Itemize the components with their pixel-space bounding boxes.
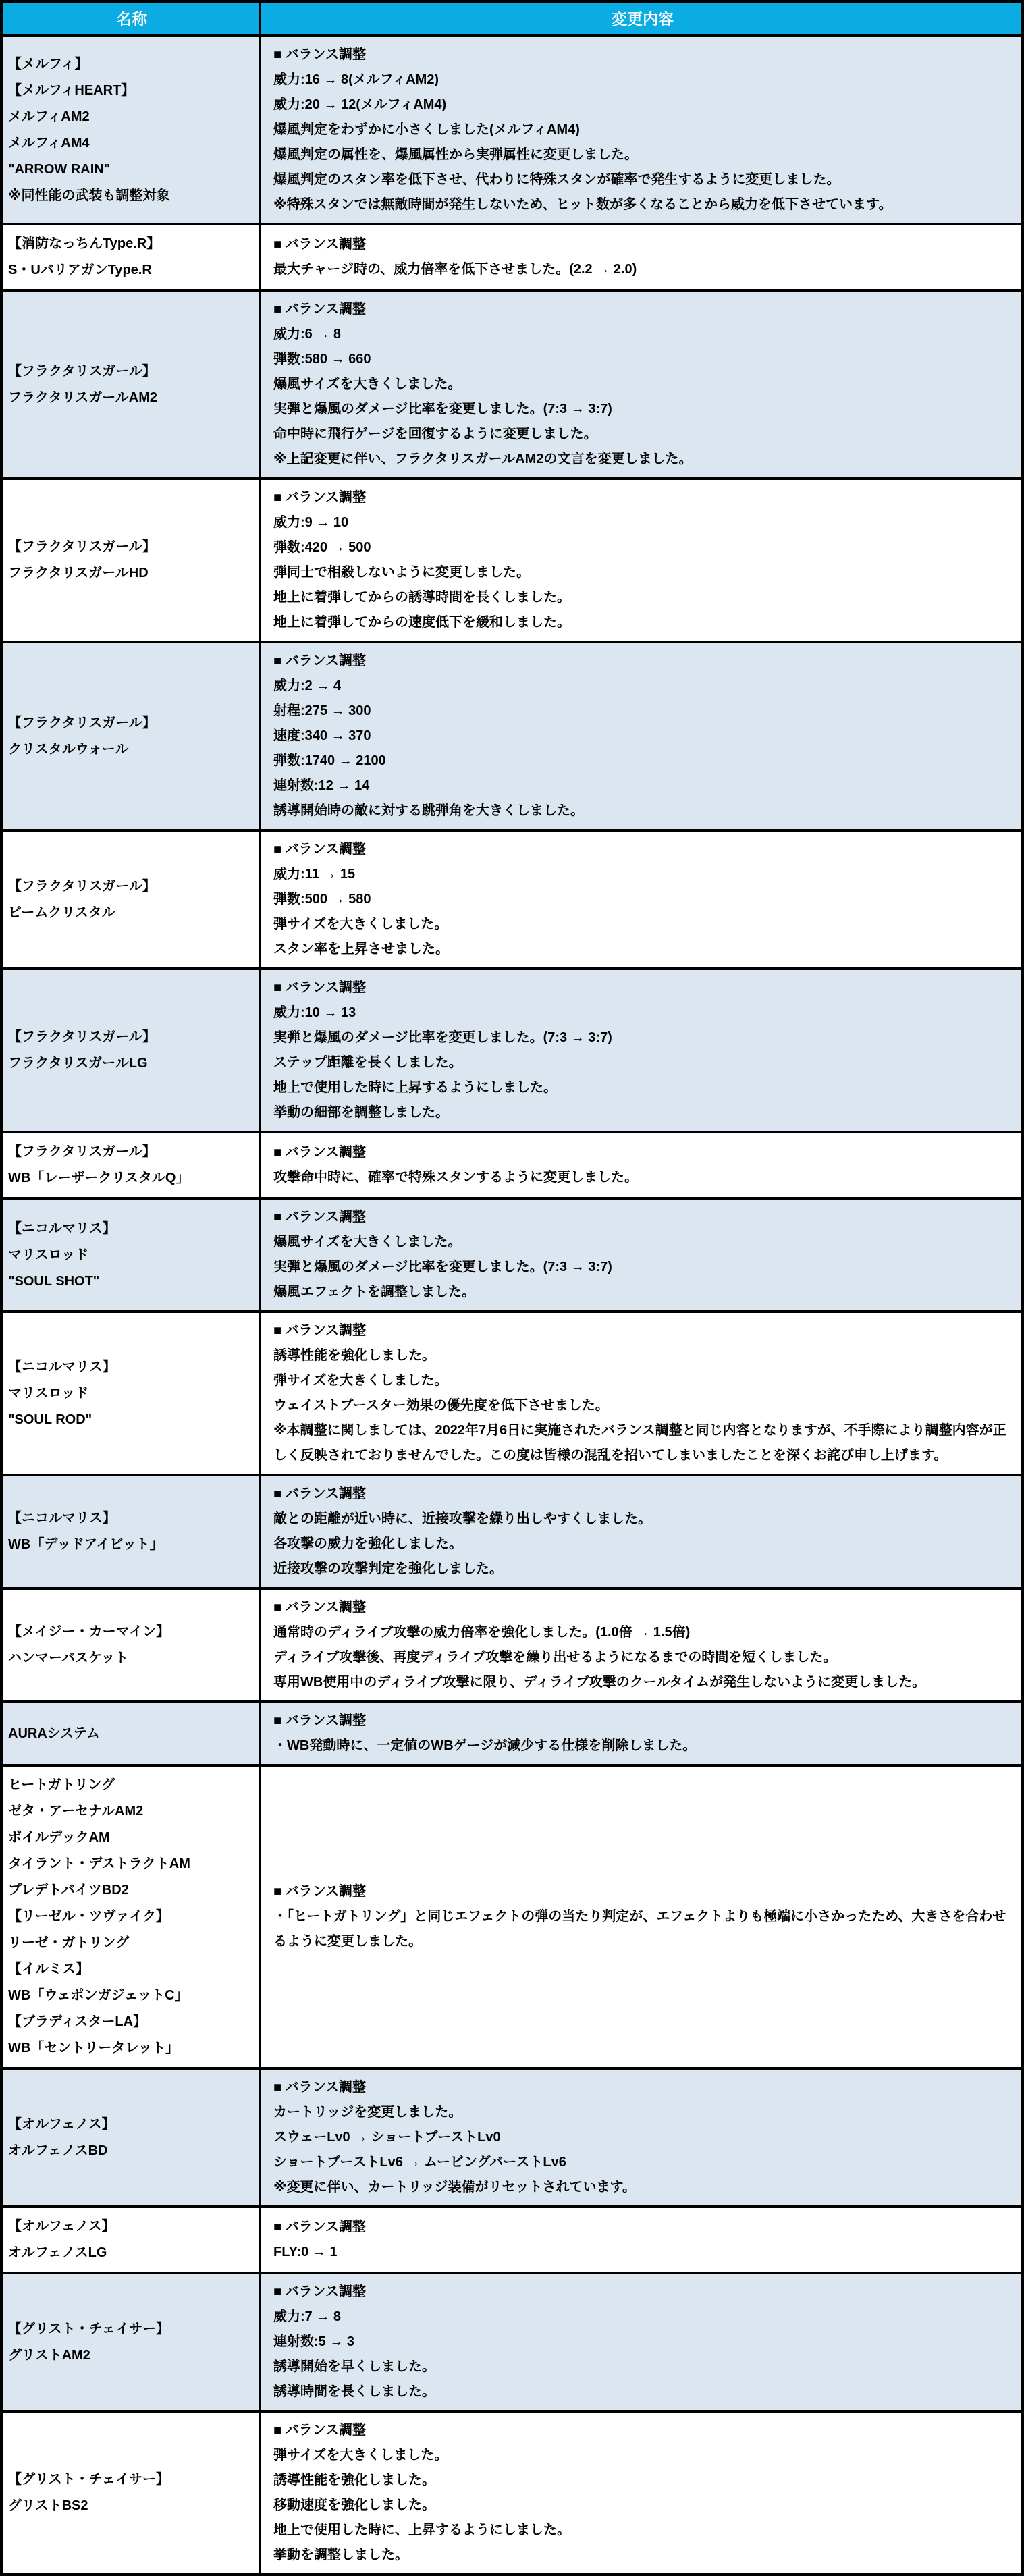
table-row: 【フラクタリスガール】ビームクリスタル■ バランス調整威力:11 → 15弾数:… <box>3 832 1021 970</box>
change-line: 弾数:500 → 580 <box>273 887 1012 912</box>
change-line: ※本調整に関しましては、2022年7月6日に実施されたバランス調整と同じ内容とな… <box>273 1418 1012 1468</box>
change-line: ※特殊スタンでは無敵時間が発生しないため、ヒット数が多くなることから威力を低下さ… <box>273 192 1012 217</box>
name-cell: 【オルフェノス】オルフェノスLG <box>3 2208 261 2272</box>
name-line: マリスロッド <box>8 1380 255 1407</box>
table-row: 【フラクタリスガール】WB「レーザークリスタルQ」■ バランス調整攻撃命中時に、… <box>3 1133 1021 1200</box>
table-body: 【メルフィ】【メルフィHEART】メルフィAM2メルフィAM4"ARROW RA… <box>3 37 1021 2573</box>
name-line: 【リーゼル・ツヴァイク】 <box>8 1904 255 1930</box>
table-row: 【フラクタリスガール】フラクタリスガールAM2■ バランス調整威力:6 → 8弾… <box>3 292 1021 480</box>
change-line: 弾サイズを大きくしました。 <box>273 2443 1012 2468</box>
name-line: 【ニコルマリス】 <box>8 1354 255 1380</box>
change-cell: ■ バランス調整攻撃命中時に、確率で特殊スタンするように変更しました。 <box>261 1133 1021 1197</box>
change-line: スウェーLv0 → ショートブーストLv0 <box>273 2125 1012 2150</box>
name-line: 【フラクタリスガール】 <box>8 534 255 560</box>
patch-notes-table: 名称 変更内容 【メルフィ】【メルフィHEART】メルフィAM2メルフィAM4"… <box>0 0 1024 2576</box>
name-line: クリスタルウォール <box>8 736 255 763</box>
change-line: ウェイストブースター効果の優先度を低下させました。 <box>273 1393 1012 1418</box>
name-line: WB「デッドアイビット」 <box>8 1532 255 1558</box>
change-cell: ■ バランス調整威力:2 → 4射程:275 → 300速度:340 → 370… <box>261 643 1021 829</box>
name-line: 【フラクタリスガール】 <box>8 1024 255 1050</box>
name-cell: 【フラクタリスガール】WB「レーザークリスタルQ」 <box>3 1133 261 1197</box>
change-line: ■ バランス調整 <box>273 975 1012 1000</box>
change-line: 威力:6 → 8 <box>273 322 1012 347</box>
change-line: 地上で使用した時に、上昇するようにしました。 <box>273 2518 1012 2543</box>
change-cell: ■ バランス調整威力:9 → 10弾数:420 → 500弾同士で相殺しないよう… <box>261 480 1021 641</box>
change-line: ステップ距離を長くしました。 <box>273 1050 1012 1075</box>
change-line: 地上に着弾してからの誘導時間を長くしました。 <box>273 585 1012 610</box>
change-line: ・WB発動時に、一定値のWBゲージが減少する仕様を削除しました。 <box>273 1734 1012 1759</box>
name-line: 【ブラディスターLA】 <box>8 2009 255 2035</box>
name-line: フラクタリスガールHD <box>8 560 255 587</box>
change-line: ■ バランス調整 <box>273 1709 1012 1734</box>
name-line: 【フラクタリスガール】 <box>8 710 255 736</box>
change-line: 連射数:12 → 14 <box>273 774 1012 799</box>
name-cell: 【消防なっちんType.R】S・UバリアガンType.R <box>3 225 261 289</box>
change-line: 各攻撃の威力を強化しました。 <box>273 1532 1012 1557</box>
change-line: ■ バランス調整 <box>273 297 1012 322</box>
change-line: 通常時のディライブ攻撃の威力倍率を強化しました。(1.0倍 → 1.5倍) <box>273 1620 1012 1645</box>
name-line: メルフィAM2 <box>8 104 255 130</box>
change-line: ■ バランス調整 <box>273 2418 1012 2443</box>
table-row: 【消防なっちんType.R】S・UバリアガンType.R■ バランス調整最大チャ… <box>3 225 1021 292</box>
table-row: 【グリスト・チェイサー】グリストBS2■ バランス調整弾サイズを大きくしました。… <box>3 2413 1021 2573</box>
table-row: 【ニコルマリス】マリスロッド"SOUL SHOT"■ バランス調整爆風サイズを大… <box>3 1200 1021 1313</box>
change-cell: ■ バランス調整弾サイズを大きくしました。誘導性能を強化しました。移動速度を強化… <box>261 2413 1021 2573</box>
change-line: 誘導性能を強化しました。 <box>273 1343 1012 1368</box>
change-line: 地上に着弾してからの速度低下を緩和しました。 <box>273 610 1012 635</box>
change-line: 誘導性能を強化しました。 <box>273 2468 1012 2493</box>
name-line: ヒートガトリング <box>8 1772 255 1798</box>
change-line: ■ バランス調整 <box>273 649 1012 674</box>
table-row: 【フラクタリスガール】クリスタルウォール■ バランス調整威力:2 → 4射程:2… <box>3 643 1021 832</box>
name-cell: AURAシステム <box>3 1703 261 1764</box>
change-line: 爆風サイズを大きくしました。 <box>273 1230 1012 1255</box>
name-line: タイラント・デストラクトAM <box>8 1851 255 1877</box>
name-cell: 【オルフェノス】オルフェノスBD <box>3 2070 261 2205</box>
name-cell: 【フラクタリスガール】フラクタリスガールAM2 <box>3 292 261 477</box>
name-line: 【メルフィHEART】 <box>8 78 255 104</box>
name-line: プレデトバイツBD2 <box>8 1877 255 1904</box>
name-cell: 【グリスト・チェイサー】グリストBS2 <box>3 2413 261 2573</box>
name-line: 【メイジー・カーマイン】 <box>8 1619 255 1645</box>
name-line: 【グリスト・チェイサー】 <box>8 2467 255 2493</box>
change-cell: ■ バランス調整威力:16 → 8(メルフィAM2)威力:20 → 12(メルフ… <box>261 37 1021 223</box>
change-line: 専用WB使用中のディライブ攻撃に限り、ディライブ攻撃のクールタイムが発生しないよ… <box>273 1670 1012 1695</box>
change-cell: ■ バランス調整FLY:0 → 1 <box>261 2208 1021 2272</box>
name-cell: 【ニコルマリス】WB「デッドアイビット」 <box>3 1476 261 1587</box>
name-cell: 【メイジー・カーマイン】ハンマーバスケット <box>3 1590 261 1700</box>
name-line: 【イルミス】 <box>8 1956 255 1983</box>
change-line: ・「ヒートガトリング」と同じエフェクトの弾の当たり判定が、エフェクトよりも極端に… <box>273 1904 1012 1954</box>
name-line: 【メルフィ】 <box>8 51 255 78</box>
change-line: 威力:11 → 15 <box>273 862 1012 887</box>
name-line: "ARROW RAIN" <box>8 157 255 183</box>
change-line: ■ バランス調整 <box>273 837 1012 862</box>
change-line: カートリッジを変更しました。 <box>273 2100 1012 2125</box>
name-cell: 【ニコルマリス】マリスロッド"SOUL ROD" <box>3 1313 261 1474</box>
name-line: リーゼ・ガトリング <box>8 1930 255 1956</box>
name-line: グリストAM2 <box>8 2342 255 2369</box>
change-line: 攻撃命中時に、確率で特殊スタンするように変更しました。 <box>273 1165 1012 1190</box>
name-line: 【フラクタリスガール】 <box>8 1139 255 1165</box>
change-line: 挙動の細部を調整しました。 <box>273 1100 1012 1125</box>
name-line: "SOUL SHOT" <box>8 1268 255 1295</box>
change-line: ■ バランス調整 <box>273 43 1012 68</box>
change-line: ■ バランス調整 <box>273 1318 1012 1343</box>
change-line: ショートブーストLv6 → ムービングバーストLv6 <box>273 2150 1012 2175</box>
name-line: S・UバリアガンType.R <box>8 257 255 284</box>
change-line: ※変更に伴い、カートリッジ装備がリセットされています。 <box>273 2175 1012 2200</box>
name-line: WB「レーザークリスタルQ」 <box>8 1165 255 1191</box>
change-line: 近接攻撃の攻撃判定を強化しました。 <box>273 1557 1012 1582</box>
change-line: 連射数:5 → 3 <box>273 2330 1012 2355</box>
change-line: 速度:340 → 370 <box>273 724 1012 749</box>
change-line: 爆風判定のスタン率を低下させ、代わりに特殊スタンが確率で発生するように変更しまし… <box>273 167 1012 192</box>
table-row: 【メイジー・カーマイン】ハンマーバスケット■ バランス調整通常時のディライブ攻撃… <box>3 1590 1021 1703</box>
column-header-name: 名称 <box>3 3 261 34</box>
name-line: WB「セントリータレット」 <box>8 2035 255 2062</box>
change-line: ディライブ攻撃後、再度ディライブ攻撃を繰り出せるようになるまでの時間を短くしまし… <box>273 1645 1012 1670</box>
name-line: ※同性能の武装も調整対象 <box>8 183 255 209</box>
name-line: フラクタリスガールAM2 <box>8 385 255 411</box>
name-line: マリスロッド <box>8 1242 255 1268</box>
change-line: 最大チャージ時の、威力倍率を低下させました。(2.2 → 2.0) <box>273 257 1012 282</box>
table-row: 【ニコルマリス】マリスロッド"SOUL ROD"■ バランス調整誘導性能を強化し… <box>3 1313 1021 1476</box>
name-line: 【フラクタリスガール】 <box>8 874 255 900</box>
name-line: ビームクリスタル <box>8 900 255 926</box>
table-row: 【オルフェノス】オルフェノスBD■ バランス調整カートリッジを変更しました。スウ… <box>3 2070 1021 2208</box>
name-line: 【ニコルマリス】 <box>8 1216 255 1242</box>
change-line: 爆風エフェクトを調整しました。 <box>273 1280 1012 1305</box>
table-row: 【フラクタリスガール】フラクタリスガールHD■ バランス調整威力:9 → 10弾… <box>3 480 1021 643</box>
name-cell: 【フラクタリスガール】クリスタルウォール <box>3 643 261 829</box>
change-line: ■ バランス調整 <box>273 1205 1012 1230</box>
change-line: 誘導時間を長くしました。 <box>273 2380 1012 2405</box>
change-cell: ■ バランス調整威力:7 → 8連射数:5 → 3誘導開始を早くしました。誘導時… <box>261 2274 1021 2410</box>
change-line: ※上記変更に伴い、フラクタリスガールAM2の文言を変更しました。 <box>273 447 1012 472</box>
change-line: 爆風判定をわずかに小さくしました(メルフィAM4) <box>273 117 1012 142</box>
name-cell: 【メルフィ】【メルフィHEART】メルフィAM2メルフィAM4"ARROW RA… <box>3 37 261 223</box>
change-line: 威力:10 → 13 <box>273 1000 1012 1025</box>
name-cell: 【ニコルマリス】マリスロッド"SOUL SHOT" <box>3 1200 261 1310</box>
change-line: ■ バランス調整 <box>273 485 1012 510</box>
change-line: 威力:20 → 12(メルフィAM4) <box>273 92 1012 117</box>
change-line: 敵との距離が近い時に、近接攻撃を繰り出しやすくしました。 <box>273 1507 1012 1532</box>
name-line: ボイルデックAM <box>8 1825 255 1851</box>
column-header-change: 変更内容 <box>261 3 1021 34</box>
change-cell: ■ バランス調整・WB発動時に、一定値のWBゲージが減少する仕様を削除しました。 <box>261 1703 1021 1764</box>
change-cell: ■ バランス調整敵との距離が近い時に、近接攻撃を繰り出しやすくしました。各攻撃の… <box>261 1476 1021 1587</box>
name-line: グリストBS2 <box>8 2493 255 2519</box>
name-line: ゼタ・アーセナルAM2 <box>8 1798 255 1825</box>
change-line: 弾数:580 → 660 <box>273 347 1012 372</box>
change-line: 威力:7 → 8 <box>273 2305 1012 2330</box>
name-line: 【消防なっちんType.R】 <box>8 231 255 257</box>
name-cell: 【フラクタリスガール】ビームクリスタル <box>3 832 261 967</box>
change-line: ■ バランス調整 <box>273 1879 1012 1904</box>
name-cell: 【フラクタリスガール】フラクタリスガールHD <box>3 480 261 641</box>
change-line: ■ バランス調整 <box>273 232 1012 257</box>
change-line: 挙動を調整しました。 <box>273 2543 1012 2568</box>
change-line: ■ バランス調整 <box>273 2280 1012 2305</box>
change-line: 弾サイズを大きくしました。 <box>273 1368 1012 1393</box>
change-line: 射程:275 → 300 <box>273 699 1012 724</box>
name-line: オルフェノスBD <box>8 2138 255 2164</box>
change-line: 実弾と爆風のダメージ比率を変更しました。(7:3 → 3:7) <box>273 397 1012 422</box>
change-line: 弾数:420 → 500 <box>273 535 1012 560</box>
name-line: 【オルフェノス】 <box>8 2112 255 2138</box>
change-line: ■ バランス調整 <box>273 2075 1012 2100</box>
table-row: AURAシステム■ バランス調整・WB発動時に、一定値のWBゲージが減少する仕様… <box>3 1703 1021 1767</box>
change-line: ■ バランス調整 <box>273 1482 1012 1507</box>
change-line: 爆風サイズを大きくしました。 <box>273 372 1012 397</box>
header-row: 名称 変更内容 <box>3 3 1021 37</box>
name-line: "SOUL ROD" <box>8 1407 255 1433</box>
change-line: 威力:2 → 4 <box>273 674 1012 699</box>
name-cell: 【フラクタリスガール】フラクタリスガールLG <box>3 970 261 1131</box>
name-cell: ヒートガトリングゼタ・アーセナルAM2ボイルデックAMタイラント・デストラクトA… <box>3 1767 261 2067</box>
change-line: 誘導開始時の敵に対する跳弾角を大きくしました。 <box>273 799 1012 824</box>
name-line: 【グリスト・チェイサー】 <box>8 2316 255 2342</box>
change-line: ■ バランス調整 <box>273 2215 1012 2240</box>
name-cell: 【グリスト・チェイサー】グリストAM2 <box>3 2274 261 2410</box>
table-row: ヒートガトリングゼタ・アーセナルAM2ボイルデックAMタイラント・デストラクトA… <box>3 1767 1021 2070</box>
change-line: FLY:0 → 1 <box>273 2240 1012 2265</box>
change-cell: ■ バランス調整・「ヒートガトリング」と同じエフェクトの弾の当たり判定が、エフェ… <box>261 1767 1021 2067</box>
change-cell: ■ バランス調整カートリッジを変更しました。スウェーLv0 → ショートブースト… <box>261 2070 1021 2205</box>
name-line: オルフェノスLG <box>8 2240 255 2266</box>
table-row: 【フラクタリスガール】フラクタリスガールLG■ バランス調整威力:10 → 13… <box>3 970 1021 1133</box>
change-cell: ■ バランス調整爆風サイズを大きくしました。実弾と爆風のダメージ比率を変更しまし… <box>261 1200 1021 1310</box>
change-line: ■ バランス調整 <box>273 1595 1012 1620</box>
change-line: 移動速度を強化しました。 <box>273 2493 1012 2518</box>
change-cell: ■ バランス調整通常時のディライブ攻撃の威力倍率を強化しました。(1.0倍 → … <box>261 1590 1021 1700</box>
change-cell: ■ バランス調整威力:11 → 15弾数:500 → 580弾サイズを大きくしま… <box>261 832 1021 967</box>
change-line: 威力:16 → 8(メルフィAM2) <box>273 68 1012 92</box>
change-cell: ■ バランス調整威力:10 → 13実弾と爆風のダメージ比率を変更しました。(7… <box>261 970 1021 1131</box>
name-line: AURAシステム <box>8 1721 255 1747</box>
change-line: 弾数:1740 → 2100 <box>273 749 1012 774</box>
change-line: 威力:9 → 10 <box>273 510 1012 535</box>
change-line: 爆風判定の属性を、爆風属性から実弾属性に変更しました。 <box>273 142 1012 167</box>
change-line: スタン率を上昇させました。 <box>273 937 1012 962</box>
change-line: 実弾と爆風のダメージ比率を変更しました。(7:3 → 3:7) <box>273 1025 1012 1050</box>
name-line: WB「ウェポンガジェットC」 <box>8 1983 255 2009</box>
name-line: ハンマーバスケット <box>8 1645 255 1671</box>
change-line: ■ バランス調整 <box>273 1140 1012 1165</box>
change-line: 実弾と爆風のダメージ比率を変更しました。(7:3 → 3:7) <box>273 1255 1012 1280</box>
change-line: 弾同士で相殺しないように変更しました。 <box>273 560 1012 585</box>
change-cell: ■ バランス調整最大チャージ時の、威力倍率を低下させました。(2.2 → 2.0… <box>261 225 1021 289</box>
table-row: 【メルフィ】【メルフィHEART】メルフィAM2メルフィAM4"ARROW RA… <box>3 37 1021 225</box>
change-line: 弾サイズを大きくしました。 <box>273 912 1012 937</box>
name-line: 【オルフェノス】 <box>8 2213 255 2240</box>
table-row: 【グリスト・チェイサー】グリストAM2■ バランス調整威力:7 → 8連射数:5… <box>3 2274 1021 2413</box>
table-row: 【ニコルマリス】WB「デッドアイビット」■ バランス調整敵との距離が近い時に、近… <box>3 1476 1021 1590</box>
change-cell: ■ バランス調整威力:6 → 8弾数:580 → 660爆風サイズを大きくしまし… <box>261 292 1021 477</box>
change-cell: ■ バランス調整誘導性能を強化しました。弾サイズを大きくしました。ウェイストブー… <box>261 1313 1021 1474</box>
change-line: 命中時に飛行ゲージを回復するように変更しました。 <box>273 422 1012 447</box>
table-row: 【オルフェノス】オルフェノスLG■ バランス調整FLY:0 → 1 <box>3 2208 1021 2274</box>
change-line: 誘導開始を早くしました。 <box>273 2355 1012 2380</box>
change-line: 地上で使用した時に上昇するようにしました。 <box>273 1075 1012 1100</box>
name-line: メルフィAM4 <box>8 130 255 157</box>
name-line: 【ニコルマリス】 <box>8 1505 255 1532</box>
name-line: 【フラクタリスガール】 <box>8 358 255 385</box>
name-line: フラクタリスガールLG <box>8 1050 255 1077</box>
